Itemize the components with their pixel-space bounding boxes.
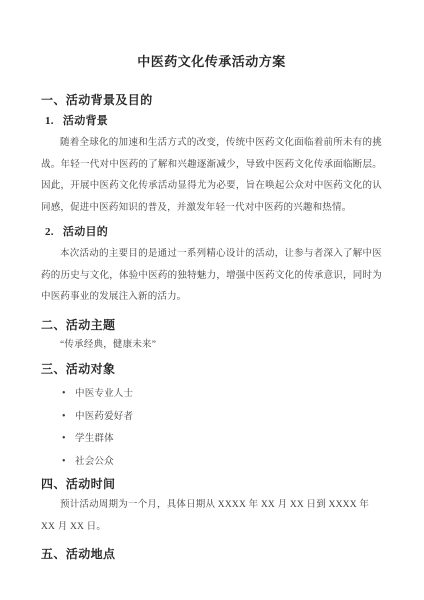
paragraph-activity-time: 预计活动周期为一个月，具体日期从 XXXX 年 XX 月 XX 日到 XXXX … (41, 495, 382, 538)
subsection-heading-activity-background: 1. 活动背景 (41, 114, 382, 129)
list-item-tcm-enthusiasts: • 中医药爱好者 (41, 406, 382, 429)
subsection-heading-activity-purpose: 2. 活动目的 (41, 225, 382, 240)
list-item-label: 社会公众 (75, 457, 114, 467)
bullet-icon: • (62, 428, 66, 451)
document-page: 中医药文化传承活动方案 一、活动背景及目的 1. 活动背景 随着全球化的加速和生… (0, 0, 424, 600)
list-item-general-public: • 社会公众 (41, 451, 382, 474)
bullet-icon: • (62, 406, 66, 429)
list-item-label: 中医专业人士 (75, 389, 133, 399)
section-heading-activity-time: 四、活动时间 (41, 476, 382, 492)
section-heading-activity-location: 五、活动地点 (41, 546, 382, 562)
list-item-tcm-professionals: • 中医专业人士 (41, 383, 382, 406)
list-item-label: 中医药爱好者 (75, 412, 133, 422)
audience-list: • 中医专业人士 • 中医药爱好者 • 学生群体 • 社会公众 (41, 383, 382, 473)
section-heading-background-and-purpose: 一、活动背景及目的 (41, 92, 382, 108)
section-heading-activity-audience: 三、活动对象 (41, 361, 382, 377)
bullet-icon: • (62, 451, 66, 474)
list-item-students: • 学生群体 (41, 428, 382, 451)
section-heading-activity-theme: 二、活动主题 (41, 317, 382, 333)
document-title: 中医药文化传承活动方案 (41, 52, 382, 72)
paragraph-activity-background: 随着全球化的加速和生活方式的改变，传统中医药文化面临着前所未有的挑战。年轻一代对… (41, 133, 382, 219)
paragraph-activity-purpose: 本次活动的主要目的是通过一系列精心设计的活动，让参与者深入了解中医药的历史与文化… (41, 244, 382, 309)
paragraph-activity-theme-quote: “传承经典，健康未来” (41, 335, 382, 357)
list-item-label: 学生群体 (75, 434, 114, 444)
bullet-icon: • (62, 383, 66, 406)
